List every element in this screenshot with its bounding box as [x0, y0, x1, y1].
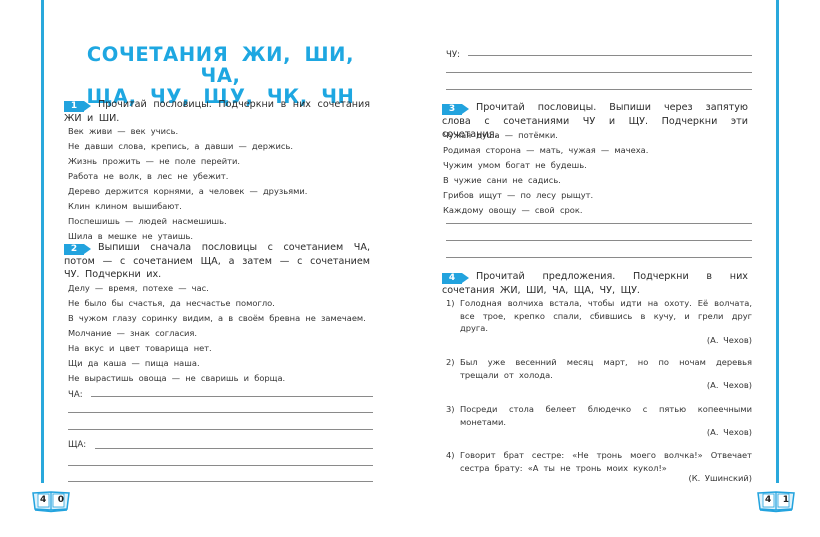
page-number-left: 4 0	[31, 489, 71, 513]
proverb: Щи да каша — пища наша.	[68, 356, 366, 371]
answer-line[interactable]	[446, 240, 752, 241]
page-number-right: 4 1	[756, 489, 796, 513]
answer-line[interactable]	[68, 412, 373, 413]
item-author: (А. Чехов)	[707, 380, 752, 390]
proverb: Жизнь прожить — не поле перейти.	[68, 154, 307, 169]
item-number: 4)	[446, 449, 455, 462]
item-author: (А. Чехов)	[707, 335, 752, 345]
proverb: Каждому овощу — свой срок.	[443, 203, 648, 218]
task-3-proverbs: Чужая душа — потёмки. Родимая сторона — …	[443, 128, 648, 218]
proverb: В чужом глазу соринку видим, а в своём б…	[68, 311, 366, 326]
item-number: 2)	[446, 356, 455, 369]
page-digit: 0	[58, 495, 64, 505]
proverb: Не вырастишь овоща — не сваришь и борща.	[68, 371, 366, 386]
answer-line[interactable]	[91, 396, 373, 397]
task-number-badge: 1	[64, 101, 84, 112]
task-1-text: Прочитай пословицы. Подчеркни в них соче…	[64, 99, 370, 124]
left-margin-rule	[41, 0, 44, 483]
page-digit: 4	[765, 495, 771, 505]
item-author: (К. Ушинский)	[689, 473, 752, 483]
answer-line[interactable]	[446, 257, 752, 258]
proverb: Клин клином вышибают.	[68, 199, 307, 214]
proverb: Грибов ищут — по лесу рыщут.	[443, 188, 648, 203]
sentence-item: 3) Посреди стола белеет блюдечко с пятью…	[446, 403, 752, 428]
proverb: Чужая душа — потёмки.	[443, 128, 648, 143]
answer-line[interactable]	[446, 89, 752, 90]
item-text: Голодная волчиха встала, чтобы идти на о…	[460, 297, 752, 335]
item-author: (А. Чехов)	[707, 427, 752, 437]
answer-label-chu: ЧУ:	[446, 50, 460, 60]
task-1-proverbs: Век живи — век учись. Не давши слова, кр…	[68, 124, 307, 244]
answer-label-shcha: ЩА:	[68, 440, 86, 450]
answer-line[interactable]	[446, 223, 752, 224]
item-text: Посреди стола белеет блюдечко с пятью ко…	[460, 403, 752, 428]
sentence-item: 4) Говорит брат сестре: «Не тронь моего …	[446, 449, 752, 474]
page-digit: 4	[40, 495, 46, 505]
proverb: В чужие сани не садись.	[443, 173, 648, 188]
task-1-instruction: 1Прочитай пословицы. Подчеркни в них соч…	[64, 98, 370, 125]
task-2-text: Выпиши сначала пословицы с сочетанием ЧА…	[64, 242, 370, 280]
proverb: Не было бы счастья, да несчастье помогло…	[68, 296, 366, 311]
answer-label-cha: ЧА:	[68, 390, 83, 400]
proverb: Не давши слова, крепись, а давши — держи…	[68, 139, 307, 154]
task-2-instruction: 2Выпиши сначала пословицы с сочетанием Ч…	[64, 241, 370, 281]
task-4-instruction: 4Прочитай предложения. Подчеркни в них с…	[442, 270, 748, 297]
task-4-text: Прочитай предложения. Подчеркни в них со…	[442, 271, 748, 296]
right-margin-rule	[776, 0, 779, 483]
item-number: 3)	[446, 403, 455, 416]
answer-line[interactable]	[68, 465, 373, 466]
task-2-proverbs: Делу — время, потехе — час. Не было бы с…	[68, 281, 366, 386]
proverb: Работа не волк, в лес не убежит.	[68, 169, 307, 184]
proverb: Делу — время, потехе — час.	[68, 281, 366, 296]
title-line-1: СОЧЕТАНИЯ ЖИ, ШИ, ЧА,	[68, 44, 373, 86]
proverb: Поспешишь — людей насмешишь.	[68, 214, 307, 229]
task-number-badge: 2	[64, 244, 84, 255]
item-text: Говорит брат сестре: «Не тронь моего вол…	[460, 449, 752, 474]
answer-line[interactable]	[68, 429, 373, 430]
proverb: На вкус и цвет товарища нет.	[68, 341, 366, 356]
sentence-item: 2) Был уже весенний месяц март, но по но…	[446, 356, 752, 381]
task-number-badge: 3	[442, 104, 462, 115]
answer-line[interactable]	[468, 55, 752, 56]
sentence-item: 1) Голодная волчиха встала, чтобы идти н…	[446, 297, 752, 335]
proverb: Родимая сторона — мать, чужая — мачеха.	[443, 143, 648, 158]
proverb: Дерево держится корнями, а человек — дру…	[68, 184, 307, 199]
answer-line[interactable]	[95, 448, 373, 449]
task-number-badge: 4	[442, 273, 462, 284]
proverb: Чужим умом богат не будешь.	[443, 158, 648, 173]
proverb: Молчание — знак согласия.	[68, 326, 366, 341]
page-digit: 1	[783, 495, 789, 505]
item-text: Был уже весенний месяц март, но по ночам…	[460, 356, 752, 381]
proverb: Век живи — век учись.	[68, 124, 307, 139]
answer-line[interactable]	[446, 72, 752, 73]
item-number: 1)	[446, 297, 455, 310]
answer-line[interactable]	[68, 481, 373, 482]
